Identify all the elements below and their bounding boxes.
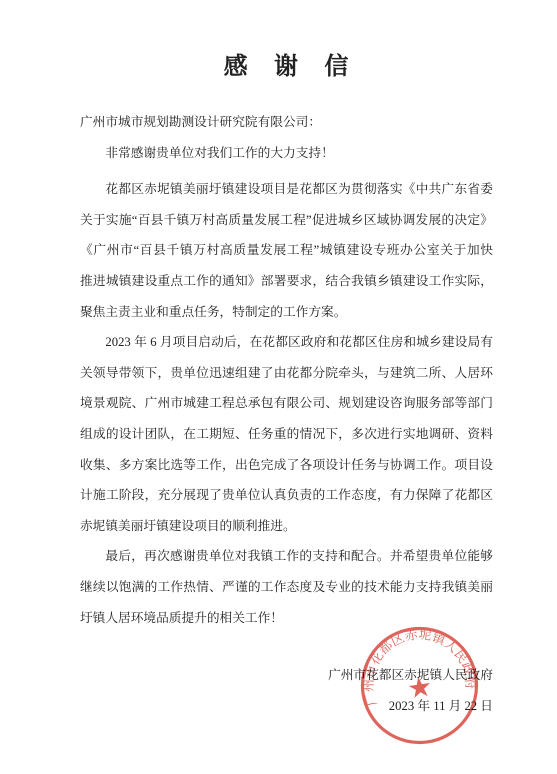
paragraph-line: 组成的设计团队，在工期短、任务重的情况下，多次进行实地调研、资料 bbox=[80, 419, 493, 450]
paragraph-line: 赤坭镇美丽圩镇建设项目的顺利推进。 bbox=[80, 511, 493, 542]
paragraph-line: 收集、多方案比选等工作，出色完成了各项设计任务与协调工作。项目设 bbox=[80, 450, 493, 481]
paragraph-line: 推进城镇建设重点工作的通知》部署要求，结合我镇乡镇建设工作实际， bbox=[80, 266, 493, 297]
paragraph-line: 关领导带领下，贵单位迅速组建了由花都分院牵头，与建筑二所、人居环 bbox=[80, 358, 493, 389]
paragraph-line: 非常感谢贵单位对我们工作的大力支持！ bbox=[80, 138, 493, 169]
date-line: 2023 年 11 月 22 日 bbox=[80, 691, 493, 722]
paragraph-line: 最后，再次感谢贵单位对我镇工作的支持和配合。并希望贵单位能够 bbox=[80, 541, 493, 572]
paragraph-line: 继续以饱满的工作热情、严谨的工作态度及专业的技术能力支持我镇美丽 bbox=[80, 572, 493, 603]
paragraph-1: 非常感谢贵单位对我们工作的大力支持！ bbox=[80, 138, 493, 169]
paragraph-4: 最后，再次感谢贵单位对我镇工作的支持和配合。并希望贵单位能够 继续以饱满的工作热… bbox=[80, 541, 493, 633]
paragraph-line: 聚焦主责主业和重点任务，特制定的工作方案。 bbox=[80, 297, 493, 328]
paragraph-line: 境景观院、广州市城建工程总承包有限公司、规划建设咨询服务部等部门 bbox=[80, 388, 493, 419]
paragraph-line: 计施工阶段，充分展现了贵单位认真负责的工作态度，有力保障了花都区 bbox=[80, 480, 493, 511]
recipient-line: 广州市城市规划勘测设计研究院有限公司： bbox=[80, 107, 493, 138]
letter-page: 感 谢 信 广州市城市规划勘测设计研究院有限公司： 非常感谢贵单位对我们工作的大… bbox=[0, 0, 557, 774]
paragraph-3: 2023 年 6 月项目启动后，在花都区政府和花都区住房和城乡建设局有 关领导带… bbox=[80, 327, 493, 541]
paragraph-line: 《广州市“百县千镇万村高质量发展工程”城镇建设专班办公室关于加快 bbox=[80, 235, 493, 266]
letter-title: 感 谢 信 bbox=[0, 0, 557, 83]
letter-body: 广州市城市规划勘测设计研究院有限公司： 非常感谢贵单位对我们工作的大力支持！ 花… bbox=[80, 107, 493, 721]
paragraph-line: 圩镇人居环境品质提升的相关工作！ bbox=[80, 603, 493, 634]
paragraph-2: 花都区赤坭镇美丽圩镇建设项目是花都区为贯彻落实《中共广东省委 关于实施“百县千镇… bbox=[80, 174, 493, 327]
paragraph-line: 关于实施“百县千镇万村高质量发展工程”促进城乡区域协调发展的决定》 bbox=[80, 205, 493, 236]
signature-line: 广州市花都区赤坭镇人民政府 bbox=[80, 660, 493, 691]
paragraph-line: 2023 年 6 月项目启动后，在花都区政府和花都区住房和城乡建设局有 bbox=[80, 327, 493, 358]
paragraph-line: 花都区赤坭镇美丽圩镇建设项目是花都区为贯彻落实《中共广东省委 bbox=[80, 174, 493, 205]
